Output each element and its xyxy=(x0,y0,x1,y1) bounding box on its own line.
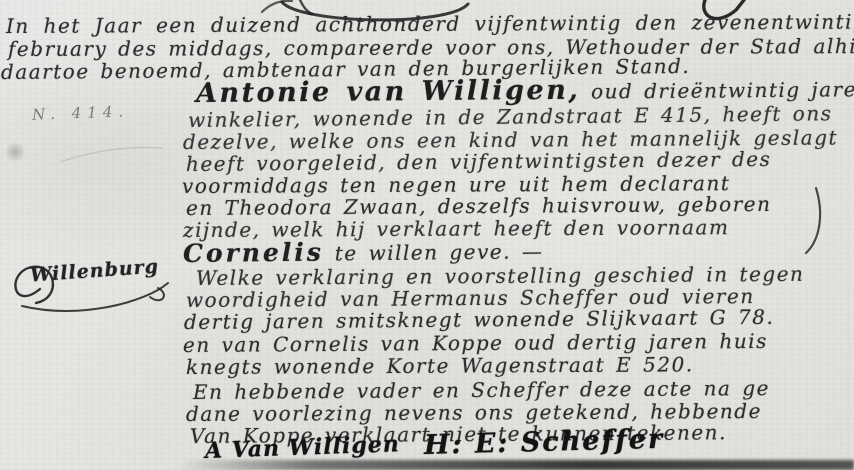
document-scan: N. 414. In het Jaar een duizend achthond… xyxy=(0,0,854,470)
paper-grain xyxy=(0,0,854,470)
